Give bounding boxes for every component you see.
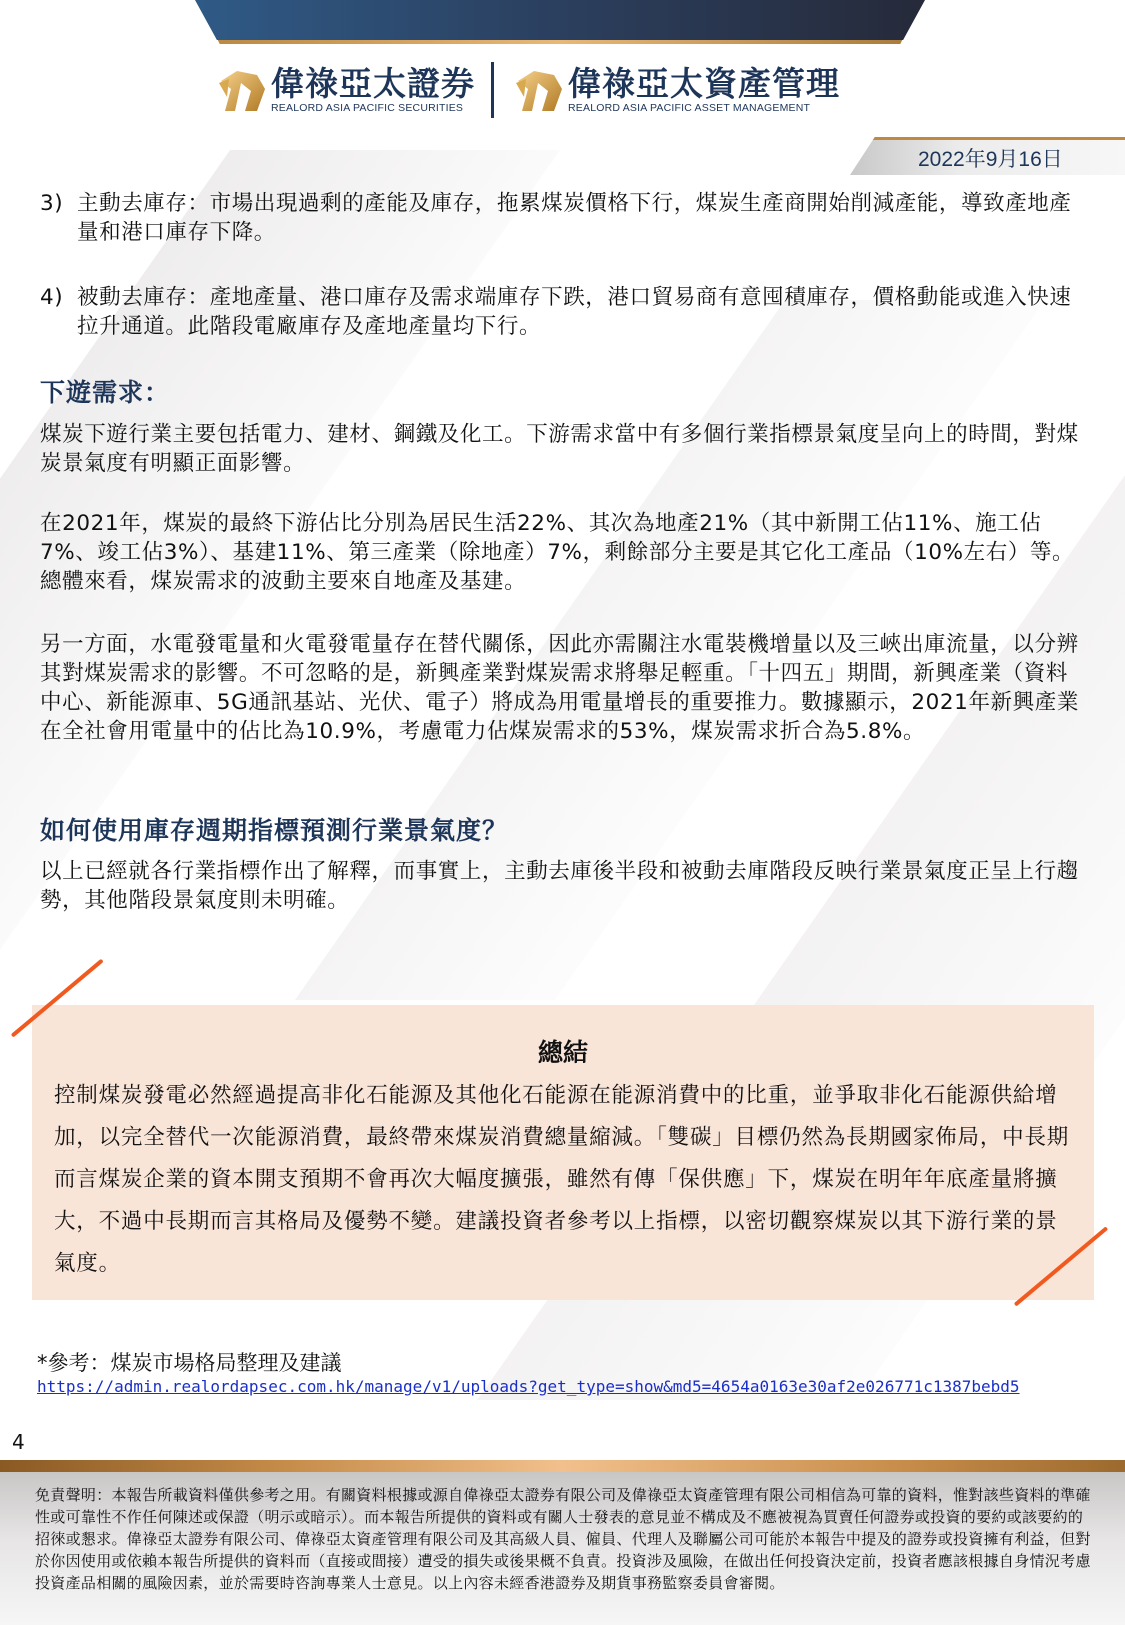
list-number: 3)	[40, 189, 77, 247]
paragraph: 在2021年，煤炭的最終下游佔比分別為居民生活22%、其次為地產21%（其中新開…	[40, 509, 1090, 596]
reference-link[interactable]: https://admin.realordapsec.com.hk/manage…	[37, 1377, 1020, 1396]
section-heading-forecast: 如何使用庫存週期指標預測行業景氣度？	[40, 811, 508, 847]
footer-gold-bar	[0, 1460, 1125, 1472]
header-logos: 偉祿亞太證券 REALORD ASIA PACIFIC SECURITIES 偉…	[215, 62, 840, 118]
realord-logo-icon	[215, 67, 267, 113]
list-number: 4)	[40, 283, 77, 341]
list-text: 被動去庫存：產地產量、港口庫存及需求端庫存下跌，港口貿易商有意囤積庫存，價格動能…	[77, 283, 1090, 341]
paragraph: 煤炭下遊行業主要包括電力、建材、鋼鐵及化工。下游需求當中有多個行業指標景氣度呈向…	[40, 420, 1090, 478]
list-item-stage-4: 4) 被動去庫存：產地產量、港口庫存及需求端庫存下跌，港口貿易商有意囤積庫存，價…	[40, 283, 1090, 341]
logo-securities-cn: 偉祿亞太證券	[271, 66, 475, 102]
page-number: 4	[12, 1430, 25, 1454]
logo-securities: 偉祿亞太證券 REALORD ASIA PACIFIC SECURITIES	[215, 66, 475, 114]
summary-box: 總結 控制煤炭發電必然經過提高非化石能源及其他化石能源在能源消費中的比重，並爭取…	[32, 1005, 1094, 1300]
logo-divider	[491, 62, 494, 118]
top-banner	[195, 0, 925, 40]
reference-label: *參考：煤炭市場格局整理及建議	[37, 1347, 342, 1377]
logo-asset-management-cn: 偉祿亞太資產管理	[568, 66, 840, 102]
paragraph: 以上已經就各行業指標作出了解釋，而事實上，主動去庫後半段和被動去庫階段反映行業景…	[40, 857, 1090, 915]
logo-asset-management-en: REALORD ASIA PACIFIC ASSET MANAGEMENT	[568, 102, 840, 114]
section-heading-downstream: 下遊需求：	[40, 373, 170, 409]
logo-asset-management: 偉祿亞太資產管理 REALORD ASIA PACIFIC ASSET MANA…	[512, 66, 840, 114]
report-date: 2022年9月16日	[918, 143, 1063, 173]
list-item-stage-3: 3) 主動去庫存：市場出現過剩的產能及庫存，拖累煤炭價格下行，煤炭生產商開始削減…	[40, 189, 1090, 247]
list-text: 主動去庫存：市場出現過剩的產能及庫存，拖累煤炭價格下行，煤炭生產商開始削減產能，…	[77, 189, 1090, 247]
summary-title: 總結	[32, 1033, 1094, 1069]
paragraph: 另一方面，水電發電量和火電發電量存在替代關係，因此亦需關注水電裝機增量以及三峽出…	[40, 630, 1090, 746]
summary-body: 控制煤炭發電必然經過提高非化石能源及其他化石能源在能源消費中的比重，並爭取非化石…	[54, 1075, 1074, 1285]
realord-logo-icon	[512, 67, 564, 113]
disclaimer-text: 免責聲明：本報告所載資料僅供參考之用。有關資料根據或源自偉祿亞太證券有限公司及偉…	[35, 1484, 1095, 1594]
logo-securities-en: REALORD ASIA PACIFIC SECURITIES	[271, 102, 475, 114]
